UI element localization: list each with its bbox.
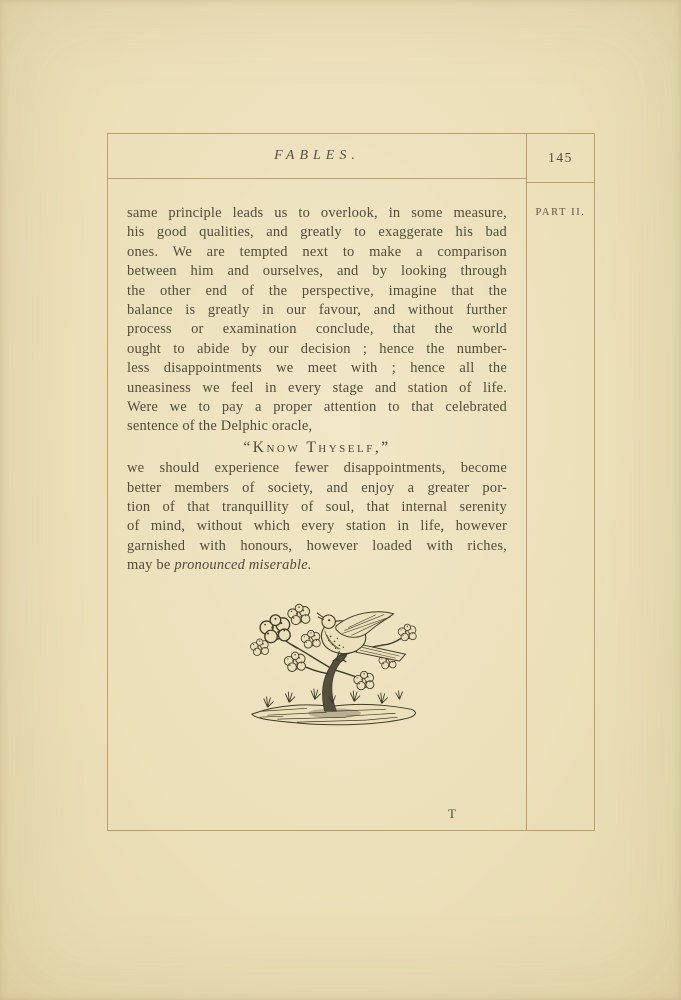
paragraph: same principle leads us to overlook, in … bbox=[127, 204, 507, 437]
body-text: same principle leads us to overlook, in … bbox=[108, 179, 526, 576]
body-text-line: his good qualities, and greatly to exagg… bbox=[127, 223, 507, 242]
body-text-line: tion of that tranquillity of soul, that … bbox=[127, 498, 507, 517]
paragraph: we should experience fewer disappointmen… bbox=[127, 459, 507, 575]
bird-on-branch-engraving-vignette bbox=[238, 601, 435, 729]
body-text-segment: may be bbox=[127, 557, 174, 573]
body-text-line: may be pronounced miserable. bbox=[127, 556, 507, 575]
page-title: FABLES. bbox=[274, 148, 360, 164]
body-text-line: ones. We are tempted next to make a comp… bbox=[127, 243, 507, 262]
body-text-line: between him and ourselves, and by lookin… bbox=[127, 262, 507, 281]
page-frame: FABLES. same principle leads us to overl… bbox=[107, 133, 595, 831]
body-text-line: process or examination conclude, that th… bbox=[127, 320, 507, 339]
body-text-segment-italic: pronounced miserable. bbox=[174, 557, 311, 573]
body-text-line: less disappointments we meet with ; henc… bbox=[127, 359, 507, 378]
body-text-line: uneasiness we feel in every stage and st… bbox=[127, 379, 507, 398]
body-text-line: garnished with honours, however loaded w… bbox=[127, 537, 507, 556]
body-text-line: same principle leads us to overlook, in … bbox=[127, 204, 507, 223]
body-text-line: better members of society, and enjoy a g… bbox=[127, 479, 507, 498]
part-label: PART II. bbox=[527, 207, 594, 218]
body-text-line: balance is greatly in our favour, and wi… bbox=[127, 301, 507, 320]
body-text-line: ought to abide by our decision ; hence t… bbox=[127, 340, 507, 359]
body-text-line: of mind, without which every station in … bbox=[127, 517, 507, 536]
bird-icon bbox=[317, 612, 406, 662]
body-text-line: Were we to pay a proper attention to tha… bbox=[127, 398, 507, 417]
running-header: FABLES. bbox=[108, 134, 526, 179]
margin-column: 145 PART II. bbox=[527, 134, 594, 830]
body-text-line: the other end of the perspective, imagin… bbox=[127, 282, 507, 301]
quote-line: “Know Thyself,” bbox=[127, 438, 507, 458]
page-number-cell: 145 bbox=[527, 134, 594, 183]
body-text-line: sentence of the Delphic oracle, bbox=[127, 417, 507, 436]
page-number: 145 bbox=[548, 150, 573, 166]
scanned-book-page: FABLES. same principle leads us to overl… bbox=[0, 0, 681, 1000]
signature-mark: T bbox=[442, 806, 462, 822]
main-column: FABLES. same principle leads us to overl… bbox=[108, 134, 527, 830]
body-text-line: we should experience fewer disappointmen… bbox=[127, 459, 507, 478]
bird-on-branch-illustration bbox=[238, 601, 435, 729]
